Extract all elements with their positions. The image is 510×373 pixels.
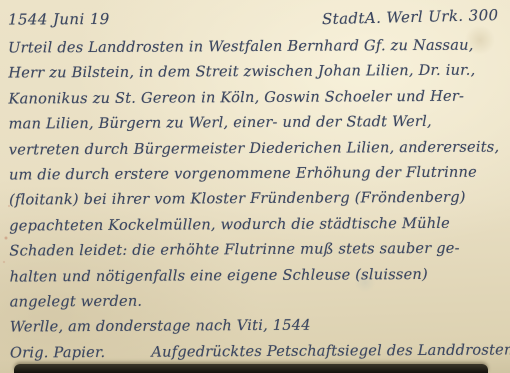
card-header: 1544 Juni 19 StadtA. Werl Urk. 300	[8, 7, 503, 28]
regest-line: Urteil des Landdrosten in Westfalen Bern…	[8, 32, 503, 60]
regest-line: vertreten durch Bürgermeister Diederiche…	[9, 134, 504, 162]
regest-line: Kanonikus zu St. Gereon in Köln, Goswin …	[8, 83, 503, 111]
regest-text: Urteil des Landdrosten in Westfalen Bern…	[8, 32, 505, 314]
material-note: Orig. Papier.	[10, 340, 106, 366]
card-content: 1544 Juni 19 StadtA. Werl Urk. 300 Urtei…	[0, 0, 510, 373]
archive-reference: StadtA. Werl Urk. 300	[322, 6, 499, 28]
regest-line: um die durch erstere vorgenommene Erhöhu…	[9, 160, 504, 188]
regest-line: angelegt werden.	[10, 287, 505, 315]
scan-bottom-edge	[14, 364, 488, 373]
regest-line: man Lilien, Bürgern zu Werl, einer- und …	[9, 109, 504, 137]
date-heading: 1544 Juni 19	[8, 10, 110, 29]
index-card: 1544 Juni 19 StadtA. Werl Urk. 300 Urtei…	[0, 0, 510, 373]
regest-line: Schaden leidet: die erhöhte Flutrinne mu…	[9, 236, 504, 264]
seal-note: Aufgedrücktes Petschaftsiegel des Landdr…	[151, 337, 510, 365]
regest-line: halten und nötigenfalls eine eigene Schl…	[9, 261, 504, 289]
regest-line: Herr zu Bilstein, in dem Streit zwischen…	[8, 58, 503, 86]
notes-row: Orig. Papier. Aufgedrücktes Petschaftsie…	[10, 337, 505, 365]
regest-line: (floitank) bei ihrer vom Kloster Fründen…	[9, 185, 504, 213]
place-date-line: Werlle, am donderstage nach Viti, 1544	[10, 312, 505, 340]
regest-line: gepachteten Kockelmüllen, wodurch die st…	[9, 210, 504, 238]
